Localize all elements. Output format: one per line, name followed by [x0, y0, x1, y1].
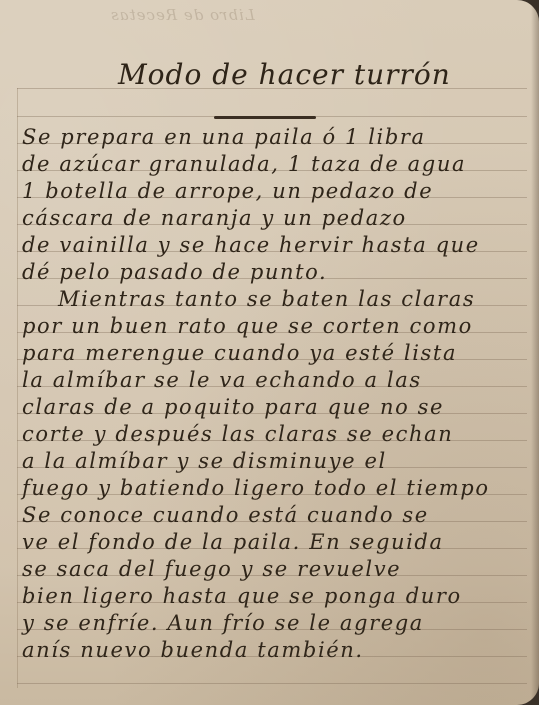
text-line: ve el fondo de la paila. En seguida — [22, 530, 444, 554]
recipe-title: Modo de hacer turrón — [118, 58, 451, 91]
text-line: a la almíbar y se disminuye el — [22, 449, 387, 473]
text-line: fuego y batiendo ligero todo el tiempo — [22, 476, 490, 500]
margin-line — [17, 88, 18, 688]
text-line: para merengue cuando ya esté lista — [22, 341, 457, 365]
text-line: cáscara de naranja y un pedazo — [22, 206, 407, 230]
page-edge-shadow — [531, 0, 539, 705]
text-line: 1 botella de arrope, un pedazo de — [22, 179, 433, 203]
text-line: Mientras tanto se baten las claras — [58, 287, 475, 311]
text-line: corte y después las claras se echan — [22, 422, 453, 446]
text-line: Se conoce cuando está cuando se — [22, 503, 429, 527]
title-underline — [214, 116, 316, 119]
text-line: anís nuevo buenda también. — [22, 638, 364, 662]
text-line: bien ligero hasta que se ponga duro — [22, 584, 462, 608]
notebook-page: Libro de Recetas Modo de hacer turrón Se… — [0, 0, 539, 705]
text-line: Se prepara en una paila ó 1 libra — [22, 125, 426, 149]
text-line: y se enfríe. Aun frío se le agrega — [22, 611, 424, 635]
text-line: de vainilla y se hace hervir hasta que — [22, 233, 480, 257]
bleed-through-text: Libro de Recetas — [110, 6, 255, 24]
text-line: se saca del fuego y se revuelve — [22, 557, 401, 581]
rule-line — [17, 683, 527, 684]
text-line: la almíbar se le va echando a las — [22, 368, 422, 392]
text-line: claras de a poquito para que no se — [22, 395, 444, 419]
text-line: dé pelo pasado de punto. — [22, 260, 327, 284]
text-line: por un buen rato que se corten como — [22, 314, 473, 338]
text-line: de azúcar granulada, 1 taza de agua — [22, 152, 466, 176]
